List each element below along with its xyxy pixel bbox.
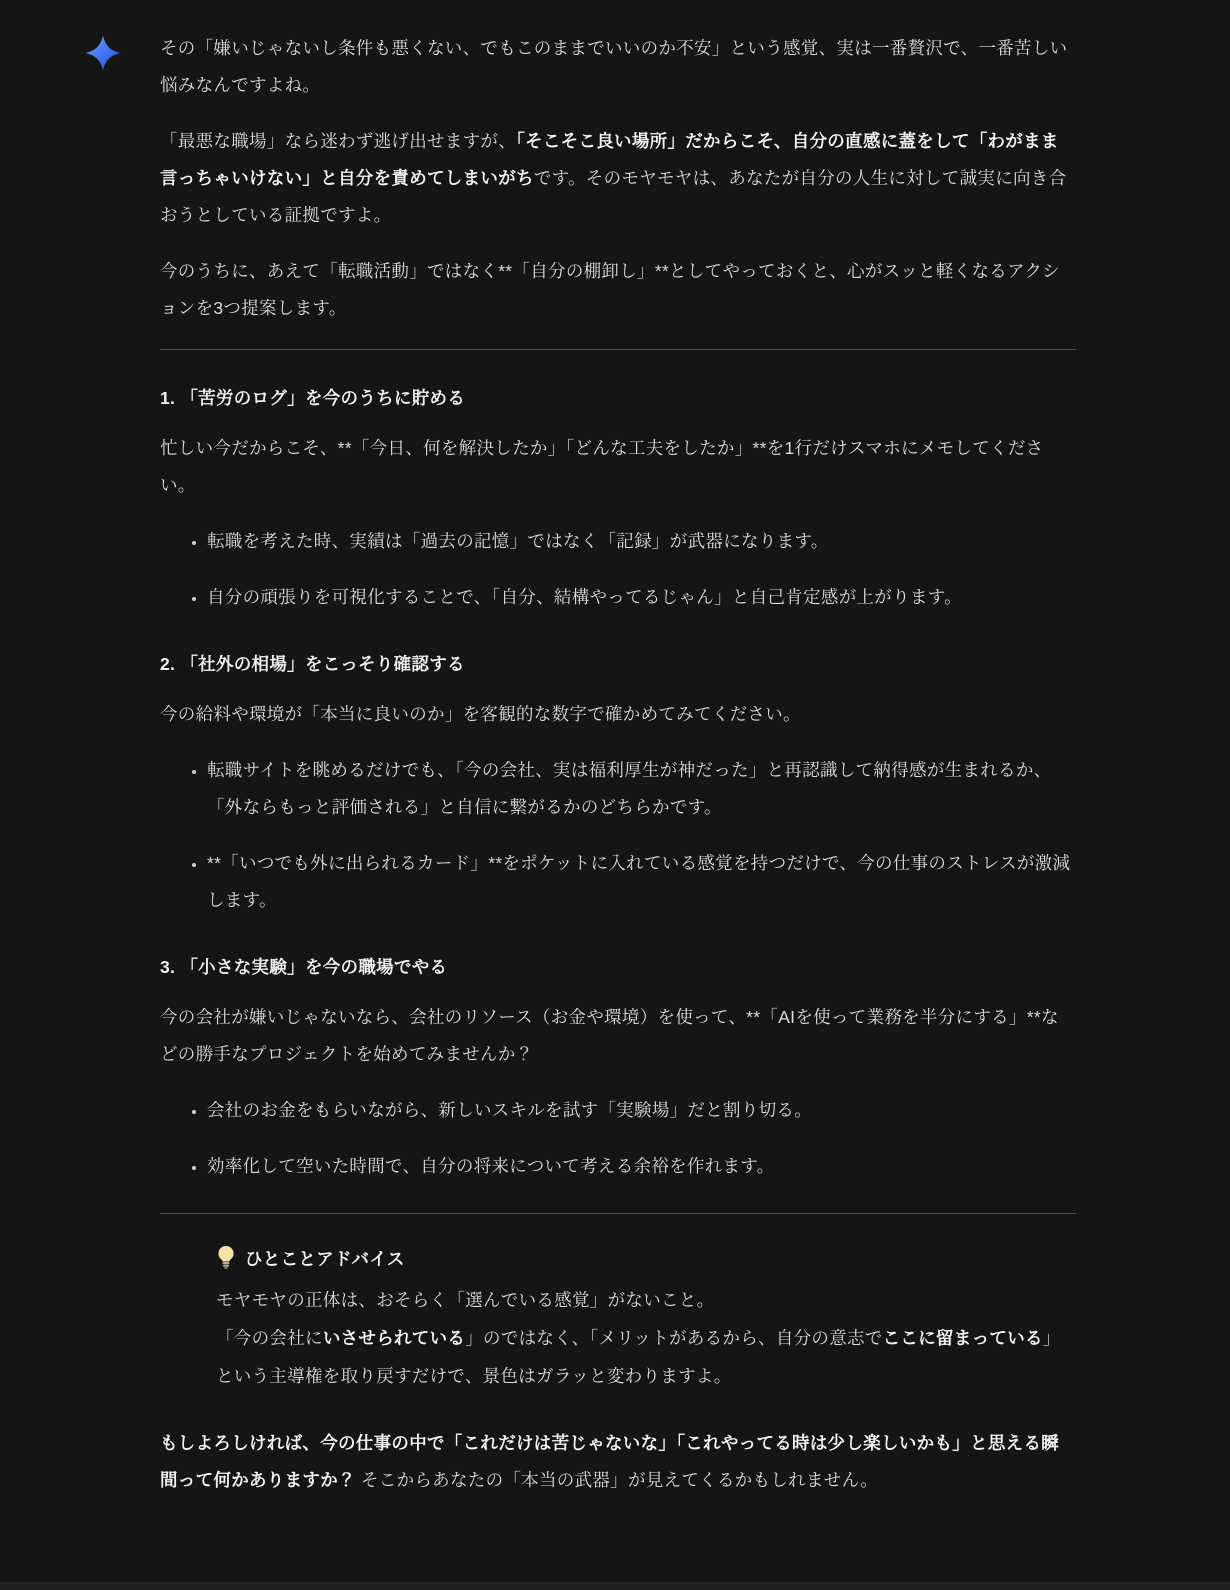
text-segment: **「いつでも外に出られるカード」**をポケットに入れている感覚を持つだけで、今…	[207, 853, 1070, 910]
section-1-heading: 1. 「苦労のログ」を今のうちに貯める	[160, 380, 1076, 417]
text-segment: 今のうちに、あえて「転職活動」ではなく**「自分の棚卸し」**としてやっておくと…	[160, 261, 1060, 318]
text-segment: 転職を考えた時、実績は「過去の記憶」ではなく「記録」が武器になります。	[207, 531, 829, 551]
section-2-body: 今の給料や環境が「本当に良いのか」を客観的な数字で確かめてみてください。	[160, 696, 1076, 733]
text-segment: その「嫌いじゃないし条件も悪くない、でもこのままでいいのか不安」という感覚、実は…	[160, 38, 1067, 95]
text-segment: 会社のお金をもらいながら、新しいスキルを試す「実験場」だと割り切る。	[207, 1100, 812, 1120]
input-area-top-edge	[0, 1582, 1230, 1590]
text-segment: 忙しい今だからこそ、**「今日、何を解決したか」「どんな工夫をしたか」**を1行…	[160, 438, 1043, 495]
section-2-heading: 2. 「社外の相場」をこっそり確認する	[160, 646, 1076, 683]
advice-line: モヤモヤの正体は、おそらく「選んでいる感覚」がないこと。	[216, 1281, 1076, 1319]
list-item: 自分の頑張りを可視化することで、「自分、結構やってるじゃん」と自己肯定感が上がり…	[207, 579, 1076, 616]
text-segment: 自分の頑張りを可視化することで、「自分、結構やってるじゃん」と自己肯定感が上がり…	[207, 587, 962, 607]
list-item: 転職を考えた時、実績は「過去の記憶」ではなく「記録」が武器になります。	[207, 523, 1076, 560]
advice-line: 「今の会社にいさせられている」のではなく、「メリットがあるから、自分の意志でここ…	[216, 1319, 1076, 1395]
intro-paragraph: 「最悪な職場」なら迷わず逃げ出せますが、「そこそこ良い場所」だからこそ、自分の直…	[160, 123, 1076, 234]
closing-question-paragraph: もしよろしければ、今の仕事の中で「これだけは苦じゃないな」「これやってる時は少し…	[160, 1425, 1076, 1499]
section-3-body: 今の会社が嫌いじゃないなら、会社のリソース（お金や環境）を使って、**「AIを使…	[160, 999, 1076, 1073]
section-2-bullet-list: 転職サイトを眺めるだけでも、「今の会社、実は福利厚生が神だった」と再認識して納得…	[160, 752, 1076, 919]
text-segment: 転職サイトを眺めるだけでも、「今の会社、実は福利厚生が神だった」と再認識して納得…	[207, 760, 1051, 817]
list-item: 転職サイトを眺めるだけでも、「今の会社、実は福利厚生が神だった」と再認識して納得…	[207, 752, 1076, 826]
list-item: **「いつでも外に出られるカード」**をポケットに入れている感覚を持つだけで、今…	[207, 845, 1076, 919]
section-3-bullet-list: 会社のお金をもらいながら、新しいスキルを試す「実験場」だと割り切る。 効率化して…	[160, 1092, 1076, 1185]
list-item: 会社のお金をもらいながら、新しいスキルを試す「実験場」だと割り切る。	[207, 1092, 1076, 1129]
text-segment: 今の会社が嫌いじゃないなら、会社のリソース（お金や環境）を使って、**「AIを使…	[160, 1007, 1059, 1064]
lightbulb-icon	[216, 1244, 236, 1268]
text-segment: モヤモヤの正体は、おそらく「選んでいる感覚」がないこと。	[216, 1290, 714, 1310]
advice-title: ひとことアドバイス	[245, 1249, 405, 1269]
advice-title-row: ひとことアドバイス	[216, 1240, 1076, 1278]
section-3-heading: 3. 「小さな実験」を今の職場でやる	[160, 949, 1076, 986]
text-segment: 」のではなく、「メリットがあるから、自分の意志で	[465, 1328, 882, 1348]
bold-text: いさせられている	[323, 1328, 465, 1348]
bold-text: ここに留まっている	[883, 1328, 1043, 1348]
text-segment: そこからあなたの「本当の武器」が見えてくるかもしれません。	[356, 1470, 878, 1490]
section-divider	[160, 1213, 1076, 1214]
section-divider	[160, 349, 1076, 350]
section-1-body: 忙しい今だからこそ、**「今日、何を解決したか」「どんな工夫をしたか」**を1行…	[160, 430, 1076, 504]
list-item: 効率化して空いた時間で、自分の将来について考える余裕を作れます。	[207, 1148, 1076, 1185]
intro-paragraph: 今のうちに、あえて「転職活動」ではなく**「自分の棚卸し」**としてやっておくと…	[160, 253, 1076, 327]
assistant-message: その「嫌いじゃないし条件も悪くない、でもこのままでいいのか不安」という感覚、実は…	[160, 30, 1076, 1518]
section-1-bullet-list: 転職を考えた時、実績は「過去の記憶」ではなく「記録」が武器になります。 自分の頑…	[160, 523, 1076, 616]
text-segment: 効率化して空いた時間で、自分の将来について考える余裕を作れます。	[207, 1156, 775, 1176]
intro-paragraph: その「嫌いじゃないし条件も悪くない、でもこのままでいいのか不安」という感覚、実は…	[160, 30, 1076, 104]
text-segment: 「今の会社に	[216, 1328, 323, 1348]
assistant-message-row: その「嫌いじゃないし条件も悪くない、でもこのままでいいのか不安」という感覚、実は…	[0, 0, 1230, 1518]
text-segment: 今の給料や環境が「本当に良いのか」を客観的な数字で確かめてみてください。	[160, 704, 801, 724]
gemini-sparkle-icon	[84, 34, 122, 72]
text-segment: 「最悪な職場」なら迷わず逃げ出せますが、	[160, 131, 516, 151]
advice-blockquote: ひとことアドバイス モヤモヤの正体は、おそらく「選んでいる感覚」がないこと。 「…	[216, 1240, 1076, 1395]
